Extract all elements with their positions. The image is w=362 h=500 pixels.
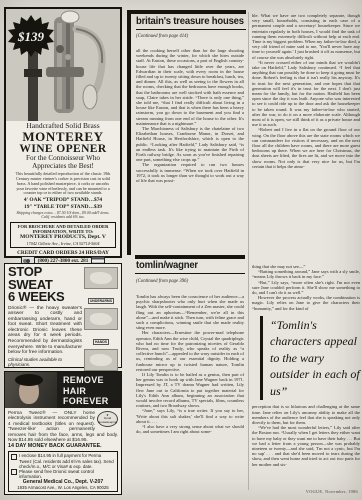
coupon-option-1: I enclose $14.95 in full payment for Per… (11, 453, 115, 468)
coupon-option-2: Please send free Drionic sweat control i… (11, 469, 115, 479)
monterey-wine-opener-ad: $139 Handcrafted Solid Brass MONTEREY WI… (4, 7, 122, 258)
drionic-stop-sweat-ad: UNDERARMS HANDS FEET STOP SWEAT 6 WEEKS … (4, 263, 122, 368)
hands-label: HANDS (93, 339, 109, 345)
paragraph: “Jane,” says Lily, “is a true writer. If… (136, 408, 244, 424)
paragraph: The Marchioness of Salisbury is the chat… (136, 126, 244, 162)
paragraph: “It never crossed either of our minds th… (252, 60, 360, 128)
wine-opener-photo: $139 (6, 9, 120, 121)
paragraph: ble. What we have are two completely sep… (252, 13, 360, 60)
shipping-note: Shipping charges extra… $7.50 US dom., $… (15, 211, 111, 220)
remove-hair-photo: REMOVE HAIR FOREVER (5, 372, 121, 408)
magazine-page: $139 Handcrafted Solid Brass MONTEREY WI… (0, 0, 362, 500)
checkbox-icon (11, 454, 17, 460)
paragraph: “I also have a very strong sense about w… (136, 424, 244, 434)
paragraph: all the cooking herself other than for t… (136, 48, 244, 126)
pull-quote: “Tomlin's characters appeal to the wary … (260, 316, 360, 401)
coupon-option-2-text: Please send free Drionic sweat control i… (19, 469, 115, 479)
perma-headline: REMOVE HAIR FOREVER (57, 372, 109, 408)
tomlin-article-title: tomlin/wagner (136, 260, 198, 271)
treasure-column-1: all the cooking herself other than for t… (136, 48, 244, 183)
feet-photo (84, 349, 118, 371)
ad-description: This beautifully detailed reproduction o… (13, 172, 113, 196)
treasure-continued-note: (Continued from page 414) (136, 34, 188, 39)
order-coupon: I enclose $14.95 in full payment for Per… (8, 451, 118, 492)
paragraph: The organization required to run two hou… (136, 162, 244, 183)
tomlin-column-1: Tomlin has always been the conscience of… (136, 294, 244, 434)
treasure-header-bar (127, 10, 246, 14)
paragraph: “Batting something around,” Jane says wi… (252, 269, 360, 279)
perma-headline-3: FOREVER (63, 396, 109, 407)
brochure-info-box: FOR BROCHURE AND DETAILED ORDER INFORMAT… (10, 222, 116, 248)
stand-option-2: 19" “TABLE TOP” STAND…$39 (24, 204, 102, 210)
treasure-column-2: ble. What we have are two completely sep… (252, 13, 360, 169)
perma-address: 1935 Armacost Ave., W. Los Angeles, CA 9… (11, 485, 115, 490)
underarms-label: UNDERARMS (88, 298, 114, 304)
paragraph: “We've had the most wonderful letters,” … (252, 425, 360, 467)
paragraph: However the process actually works, the … (252, 295, 360, 311)
magazine-footer: VOGUE, November, 1986 (252, 489, 358, 494)
treasure-article-title: britain's treasure houses (136, 16, 244, 27)
perma-headline-1: REMOVE (63, 375, 109, 386)
coupon-option-1-text: I enclose $14.95 in full payment for Per… (19, 453, 115, 468)
treasure-title-rule (136, 29, 246, 30)
tomlin-column-2: thing that she may not see—” “Batting so… (252, 264, 360, 467)
tomlin-continued-note: (Continued from page 396) (136, 279, 188, 284)
advertiser-name: MONTEREY PRODUCTS, Dept. V (11, 234, 115, 240)
guarantee-text: 14 DAY MONEY BACK GUARANTEE. (5, 442, 121, 450)
advertiser-address: 17042 Gillette Ave., Irvine, CA 92714-56… (11, 241, 115, 246)
tomlin-title-rule (135, 273, 245, 274)
ad-subtitle: For the Connoisseur Who Appreciates the … (20, 155, 106, 170)
paragraph: Her characters—Ernestine the power-mad t… (136, 330, 244, 372)
woman-portrait (5, 372, 57, 408)
paragraph: perception that is so hilarious and chal… (252, 404, 360, 425)
perma-headline-2: HAIR (63, 386, 109, 397)
hands-photo (84, 308, 118, 330)
paragraph: Tomlin has always been the conscience of… (136, 294, 244, 330)
underarm-photo (84, 267, 118, 289)
good-housekeeping-seal: ★Good Housekeeping (97, 411, 118, 427)
perma-tweez-ad: REMOVE HAIR FOREVER ★Good Housekeeping P… (4, 371, 122, 495)
checkbox-icon (11, 469, 17, 475)
paragraph: If Lily Tomlin is to be hailed as a geni… (136, 372, 244, 408)
paragraph: “But,” Lily says, “more often she's righ… (252, 280, 360, 296)
ad-brand-name: MONTEREY (22, 130, 103, 143)
tomlin-header-bar (135, 255, 245, 259)
price-badge-starburst-icon: $139 (8, 15, 54, 57)
paragraph: “Robert and I live in a flat on the grou… (252, 127, 360, 169)
column-divider (248, 12, 249, 490)
article-left-rule (127, 10, 131, 255)
price-badge-text: $139 (17, 29, 45, 44)
perma-body: ★Good Housekeeping Perma Tweez® — ONLY h… (5, 408, 121, 442)
